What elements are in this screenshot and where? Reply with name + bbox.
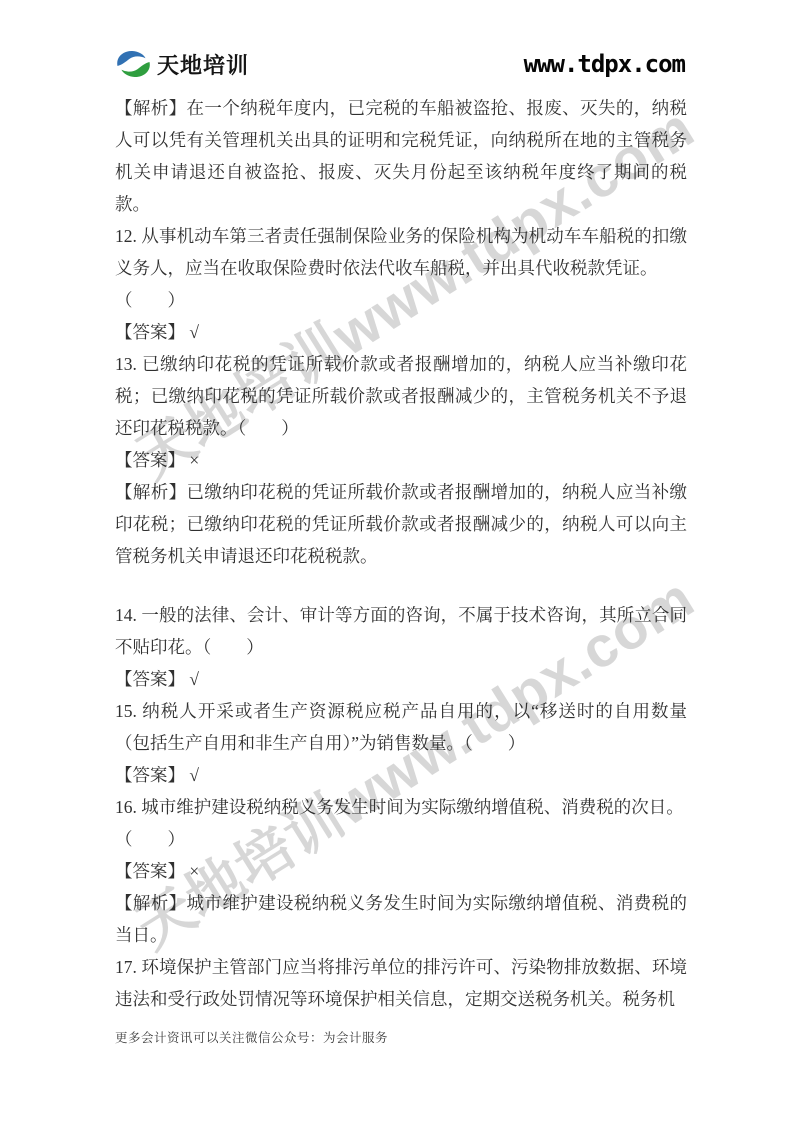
question-paragraph: 15. 纳税人开采或者生产资源税应税产品自用的，以“移送时的自用数量（包括生产自… xyxy=(115,695,687,759)
question-paragraph: 16. 城市维护建设税纳税义务发生时间为实际缴纳增值税、消费税的次日。 （ ） xyxy=(115,791,687,855)
answer-paragraph: 【答案】 × xyxy=(115,444,687,476)
explanation-paragraph: 【解析】在一个纳税年度内，已完税的车船被盗抢、报废、灭失的，纳税人可以凭有关管理… xyxy=(115,92,687,220)
document-body: 【解析】在一个纳税年度内，已完税的车船被盗抢、报废、灭失的，纳税人可以凭有关管理… xyxy=(115,92,687,1015)
explanation-paragraph: 【解析】城市维护建设税纳税义务发生时间为实际缴纳增值税、消费税的当日。 xyxy=(115,887,687,951)
answer-paragraph: 【答案】 √ xyxy=(115,663,687,695)
answer-paragraph: 【答案】 × xyxy=(115,855,687,887)
brand-logo: 天地培训 xyxy=(115,49,249,80)
question-paragraph: 17. 环境保护主管部门应当将排污单位的排污许可、污染物排放数据、环境违法和受行… xyxy=(115,951,687,1015)
site-url: www.tdpx.com xyxy=(524,50,685,78)
page-header: 天地培训 www.tdpx.com xyxy=(115,42,685,86)
question-paragraph: 12. 从事机动车第三者责任强制保险业务的保险机构为机动车车船税的扣缴义务人，应… xyxy=(115,220,687,316)
logo-swirl-icon xyxy=(115,49,152,80)
explanation-paragraph: 【解析】已缴纳印花税的凭证所载价款或者报酬增加的，纳税人应当补缴印花税；已缴纳印… xyxy=(115,476,687,572)
paragraph-spacer xyxy=(115,572,687,599)
footer-note: 更多会计资讯可以关注微信公众号：为会计服务 xyxy=(115,1028,388,1046)
brand-name: 天地培训 xyxy=(157,49,249,80)
question-paragraph: 14. 一般的法律、会计、审计等方面的咨询，不属于技术咨询，其所立合同不贴印花。… xyxy=(115,599,687,663)
answer-paragraph: 【答案】 √ xyxy=(115,316,687,348)
answer-paragraph: 【答案】 √ xyxy=(115,759,687,791)
document-page: 天地培训www.tdpx.com 天地培训www.tdpx.com 天地培训 w… xyxy=(0,0,793,1122)
question-paragraph: 13. 已缴纳印花税的凭证所载价款或者报酬增加的，纳税人应当补缴印花税；已缴纳印… xyxy=(115,348,687,444)
